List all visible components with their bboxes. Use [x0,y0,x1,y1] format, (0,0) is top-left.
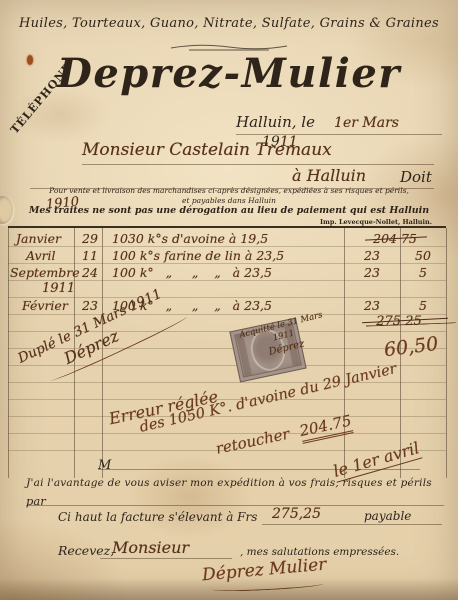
day-cell: 29 [78,231,102,246]
month-cell: Septembre [10,265,70,280]
centimes-cell: 5 [402,298,444,313]
ledger-row: Septembre 24 100 k° „ „ „ à 23,5 23 5 [0,265,458,282]
centimes-cell: 5 [402,265,444,280]
year-marker-1910: 1910 [45,195,79,213]
ledger-row: Janvier 29 1030 k°s d'avoine à 19,5 204 … [0,231,458,248]
day-cell: 24 [78,265,102,280]
invoice-amount: 275,25 [272,506,321,522]
m-label: M [98,458,111,473]
month-cell: Février [22,298,82,313]
addressee-place: à Halluin [292,166,366,185]
date-line: Halluin, le 1er Mars 1911 [236,112,442,135]
products-line: Huiles, Tourteaux, Guano, Nitrate, Sulfa… [0,16,458,31]
centimes-cell: 50 [402,248,444,263]
crossed-total: 275 25 [376,314,422,329]
advice-line: J'ai l'avantage de vous aviser mon expéd… [0,477,458,489]
year-marker-1911: 1911 [42,281,75,296]
closing-hand-line: Monsieur [100,538,232,559]
handwritten-day-month: 1er Mars [334,115,399,131]
invoice-total-line: 275,25 payable [262,506,442,525]
francs-cell: 23 [346,298,398,313]
place-label: Halluin, le [236,113,315,131]
terms-line-1: Pour vente et livraison des marchandises… [0,186,458,195]
addressee-line: Monsieur Castelain Tremaux [82,140,434,165]
m-line: M [98,454,420,470]
doit-label: Doit [400,168,432,186]
closing-hand: Monsieur [112,538,189,557]
francs-cell: 23 [346,265,398,280]
invoice-total-label: Ci haut la facture s'élevant à Frs [58,510,257,524]
struck-amount-cell: 204 75 [373,231,417,246]
par-label: par [26,494,46,508]
month-cell: Janvier [16,231,76,246]
day-cell: 23 [78,298,102,313]
printer-credit: Imp. Levecque-Nollet, Halluin. [320,218,432,226]
day-cell: 11 [78,248,102,263]
par-line: par [26,490,444,506]
description-cell: 1030 k°s d'avoine à 19,5 [112,231,268,246]
invoice-document: Huiles, Tourteaux, Guano, Nitrate, Sulfa… [0,0,458,600]
ledger-row: Février 23 100 k° „ „ „ à 23,5 23 5 [0,298,458,315]
addressee-name: Monsieur Castelain Tremaux [82,140,332,160]
month-cell: Avril [26,248,86,263]
francs-cell: 23 [346,248,398,263]
payable-label: payable [364,509,411,523]
description-cell: 100 k°s farine de lin à 23,5 [112,248,284,263]
ledger-row: Avril 11 100 k°s farine de lin à 23,5 23… [0,248,458,265]
